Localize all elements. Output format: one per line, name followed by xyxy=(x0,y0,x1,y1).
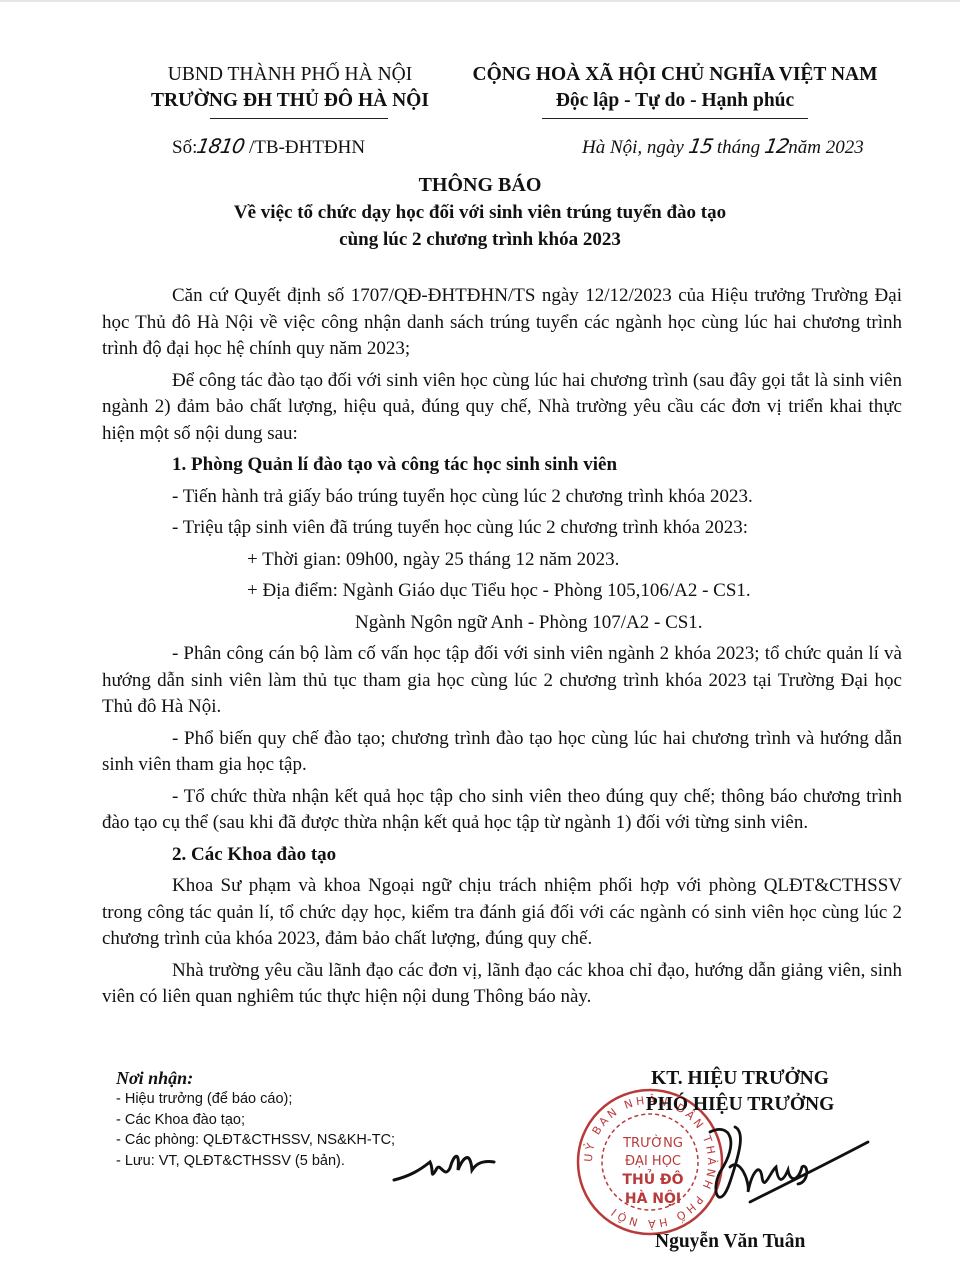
section1-item2: - Triệu tập sinh viên đã trúng tuyển học… xyxy=(102,515,902,542)
signature-icon xyxy=(690,1112,870,1222)
divider xyxy=(210,118,388,119)
closing-paragraph: Nhà trường yêu cầu lãnh đạo các đơn vị, … xyxy=(102,958,902,1011)
section1-item1: - Tiến hành trả giấy báo trúng tuyển học… xyxy=(102,484,902,511)
recipients-list: Nơi nhận: - Hiệu trưởng (để báo cáo); - … xyxy=(116,1067,395,1171)
document-page: UBND THÀNH PHỐ HÀ NỘI TRƯỜNG ĐH THỦ ĐÔ H… xyxy=(0,0,960,1280)
handwritten-month: 12 xyxy=(763,134,791,158)
recipient-item: - Các phòng: QLĐT&CTHSSV, NS&KH-TC; xyxy=(116,1130,395,1151)
recipient-item: - Hiệu trưởng (để báo cáo); xyxy=(116,1089,395,1110)
recipient-item: - Lưu: VT, QLĐT&CTHSSV (5 bản). xyxy=(116,1151,395,1172)
month-label: tháng xyxy=(712,137,765,158)
document-body: Căn cứ Quyết định số 1707/QĐ-ĐHTĐHN/TS n… xyxy=(102,283,902,1016)
signer-name: Nguyễn Văn Tuân xyxy=(655,1231,805,1253)
handwritten-day: 15 xyxy=(686,134,714,158)
parent-agency: UBND THÀNH PHỐ HÀ NỘI xyxy=(130,62,450,88)
national-motto: CỘNG HOÀ XÃ HỘI CHỦ NGHĨA VIỆT NAM Độc l… xyxy=(440,62,910,119)
school-name: TRƯỜNG ĐH THỦ ĐÔ HÀ NỘI xyxy=(130,88,450,114)
meeting-time: + Thời gian: 09h00, ngày 25 tháng 12 năm… xyxy=(102,547,902,574)
date-place: Hà Nội, ngày xyxy=(582,137,689,158)
title-subject-line2: cùng lúc 2 chương trình khóa 2023 xyxy=(0,226,960,253)
svg-text:HÀ NỘI: HÀ NỘI xyxy=(625,1189,681,1207)
motto: Độc lập - Tự do - Hạnh phúc xyxy=(440,88,910,114)
number-label: Số: xyxy=(172,137,197,158)
title-main: THÔNG BÁO xyxy=(0,172,960,199)
signer-role-line1: KT. HIỆU TRƯỞNG xyxy=(600,1066,880,1092)
section2-paragraph: Khoa Sư phạm và khoa Ngoại ngữ chịu trác… xyxy=(102,873,902,953)
number-suffix: /TB-ĐHTĐHN xyxy=(244,137,365,158)
document-date: Hà Nội, ngày 15 tháng 12năm 2023 xyxy=(582,134,864,159)
recipient-item: - Các Khoa đào tạo; xyxy=(116,1110,395,1131)
divider xyxy=(542,118,808,119)
section1-item3: - Phân công cán bộ làm cố vấn học tập đố… xyxy=(102,641,902,721)
section1-heading: 1. Phòng Quản lí đào tạo và công tác học… xyxy=(102,452,902,479)
title-subject-line1: Về việc tổ chức dạy học đối với sinh viê… xyxy=(0,199,960,226)
section1-item4: - Phổ biến quy chế đào tạo; chương trình… xyxy=(102,726,902,779)
svg-text:TRƯỜNG: TRƯỜNG xyxy=(622,1135,683,1151)
handwritten-number: 1810 xyxy=(195,134,246,158)
meeting-location1: + Địa điểm: Ngành Giáo dục Tiểu học - Ph… xyxy=(102,578,902,605)
legal-basis-paragraph: Căn cứ Quyết định số 1707/QĐ-ĐHTĐHN/TS n… xyxy=(102,283,902,363)
purpose-paragraph: Để công tác đào tạo đối với sinh viên họ… xyxy=(102,368,902,448)
section2-heading: 2. Các Khoa đào tạo xyxy=(102,842,902,869)
initial-signature-icon xyxy=(390,1140,500,1190)
meeting-location2: Ngành Ngôn ngữ Anh - Phòng 107/A2 - CS1. xyxy=(102,610,902,637)
document-title: THÔNG BÁO Về việc tổ chức dạy học đối vớ… xyxy=(0,172,960,253)
year-label: năm 2023 xyxy=(788,137,863,158)
svg-text:ĐẠI HỌC: ĐẠI HỌC xyxy=(625,1154,681,1169)
section1-item5: - Tổ chức thừa nhận kết quả học tập cho … xyxy=(102,784,902,837)
document-number: Số:1810 /TB-ĐHTĐHN xyxy=(172,134,365,159)
signer-title: KT. HIỆU TRƯỞNG PHÓ HIỆU TRƯỞNG xyxy=(600,1066,880,1118)
country-name: CỘNG HOÀ XÃ HỘI CHỦ NGHĨA VIỆT NAM xyxy=(440,62,910,88)
svg-text:THỦ ĐÔ: THỦ ĐÔ xyxy=(622,1169,683,1188)
recipients-label: Nơi nhận: xyxy=(116,1067,395,1089)
issuing-authority: UBND THÀNH PHỐ HÀ NỘI TRƯỜNG ĐH THỦ ĐÔ H… xyxy=(130,62,450,119)
